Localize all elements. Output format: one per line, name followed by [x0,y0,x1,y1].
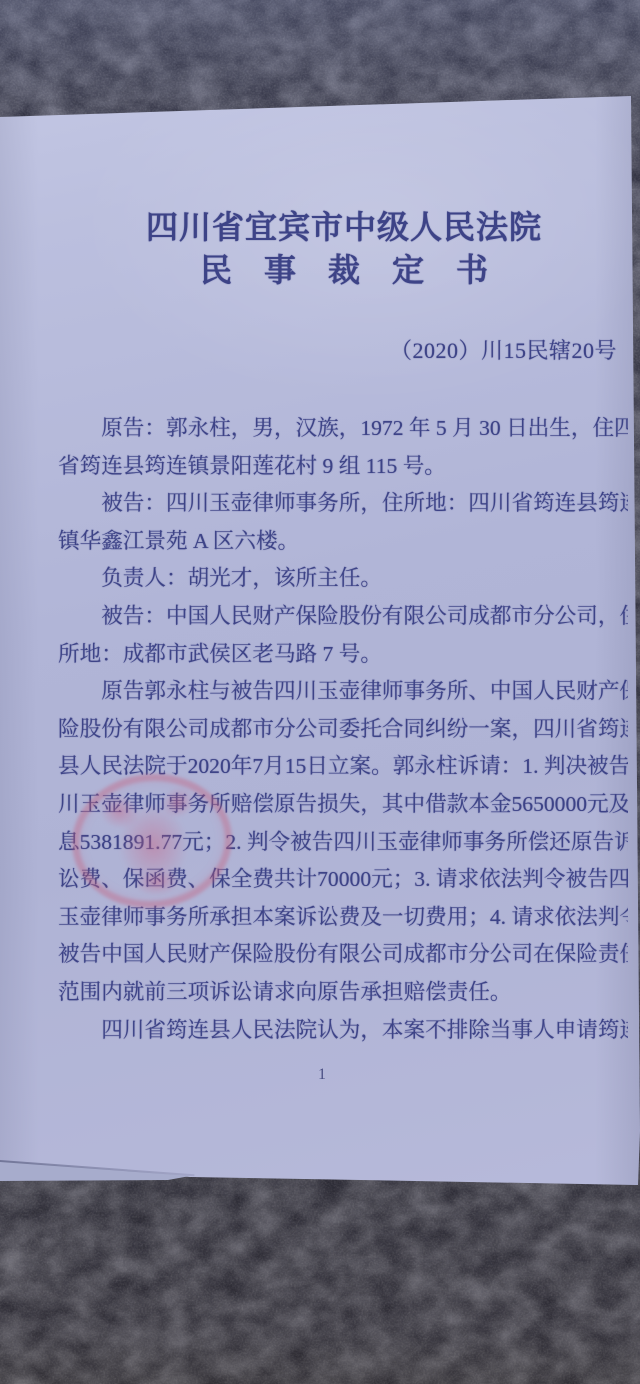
paragraph: 四川省筠连县人民法院认为，本案不排除当事人申请筠连 [58,1012,628,1050]
text-line: 被告中国人民财产保险股份有限公司成都市分公司在保险责任 [58,936,628,974]
text-line: 川玉壶律师事务所赔偿原告损失，其中借款本金5650000元及利 [58,786,628,824]
case-number: （2020）川15民辖20号 [58,336,617,366]
document-body: 原告：郭永柱，男，汉族，1972 年 5 月 30 日出生，住四川省筠连县筠连镇… [58,410,628,1049]
text-line: 镇华鑫江景苑 A 区六楼。 [58,523,628,561]
paragraph: 被告：四川玉壶律师事务所，住所地：四川省筠连县筠连镇华鑫江景苑 A 区六楼。 [58,485,628,560]
text-line: 所地：成都市武侯区老马路 7 号。 [58,636,628,674]
text-line: 省筠连县筠连镇景阳莲花村 9 组 115 号。 [58,448,628,486]
text-line: 原告：郭永柱，男，汉族，1972 年 5 月 30 日出生，住四川 [58,410,628,448]
text-line: 被告：四川玉壶律师事务所，住所地：四川省筠连县筠连 [58,485,628,523]
document-type-title: 民 事 裁 定 书 [58,249,630,291]
text-line: 四川省筠连县人民法院认为，本案不排除当事人申请筠连 [58,1012,628,1050]
paragraph: 被告：中国人民财产保险股份有限公司成都市分公司，住所地：成都市武侯区老马路 7 … [58,598,628,673]
text-line: 息5381891.77元；2. 判令被告四川玉壶律师事务所偿还原告诉 [58,824,628,862]
text-line: 险股份有限公司成都市分公司委托合同纠纷一案，四川省筠连 [58,711,628,749]
text-line: 玉壶律师事务所承担本案诉讼费及一切费用；4. 请求依法判令 [58,899,628,937]
document-photo: 四川省宜宾市中级人民法院 民 事 裁 定 书 （2020）川15民辖20号 原告… [0,0,640,1384]
text-line: 原告郭永柱与被告四川玉壶律师事务所、中国人民财产保 [58,673,628,711]
text-line: 被告：中国人民财产保险股份有限公司成都市分公司，住 [58,598,628,636]
text-line: 县人民法院于2020年7月15日立案。郭永柱诉请：1. 判决被告四 [58,748,628,786]
paragraph: 原告郭永柱与被告四川玉壶律师事务所、中国人民财产保险股份有限公司成都市分公司委托… [58,673,628,1011]
paragraph: 原告：郭永柱，男，汉族，1972 年 5 月 30 日出生，住四川省筠连县筠连镇… [58,410,628,485]
text-line: 讼费、保函费、保全费共计70000元；3. 请求依法判令被告四川 [58,861,628,899]
paragraph: 负责人：胡光才，该所主任。 [58,560,628,598]
text-line: 负责人：胡光才，该所主任。 [58,560,628,598]
text-line: 范围内就前三项诉讼请求向原告承担赔偿责任。 [58,974,628,1012]
page-number: 1 [292,1066,352,1084]
court-name: 四川省宜宾市中级人民法院 [58,206,630,248]
